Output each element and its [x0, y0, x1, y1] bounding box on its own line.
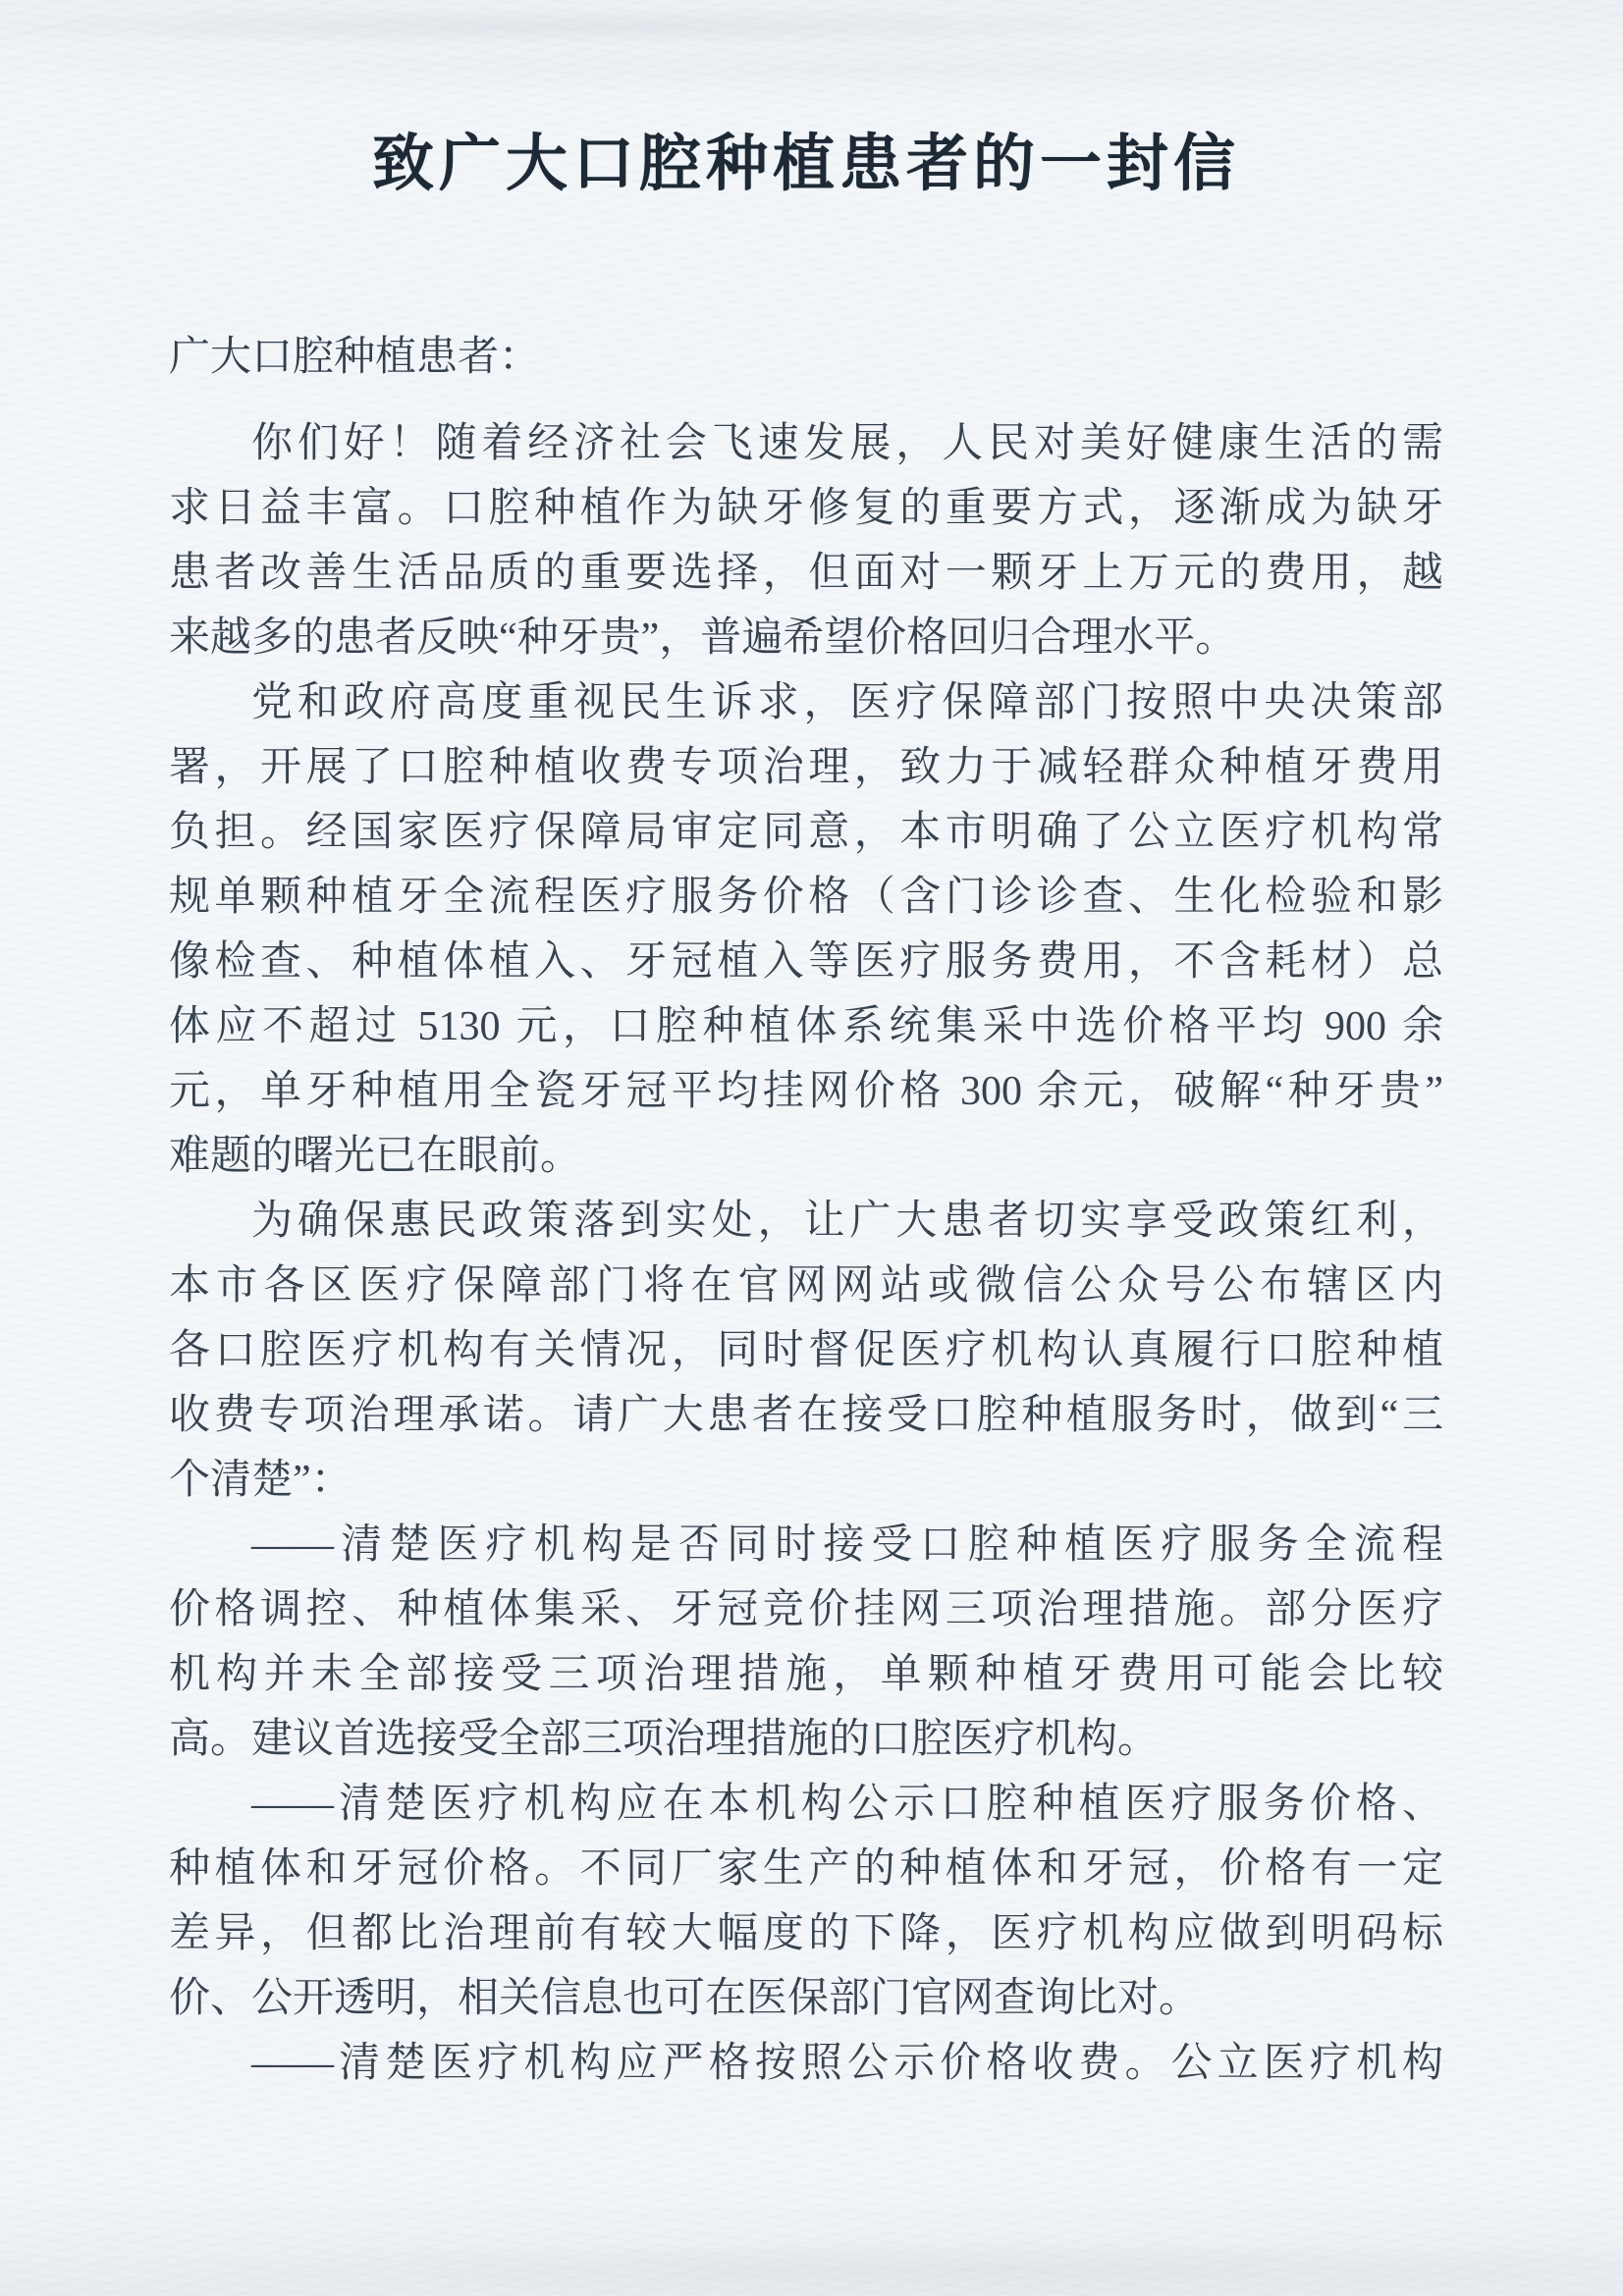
text-line: ——清楚医疗机构是否同时接受口腔种植医疗服务全流程 — [169, 1513, 1443, 1577]
text-line: 高。建议首选接受全部三项治理措施的口腔医疗机构。 — [169, 1707, 1443, 1772]
text-line: ——清楚医疗机构应严格按照公示价格收费。公立医疗机构 — [169, 2031, 1443, 2096]
text-line: 价格调控、种植体集采、牙冠竞价挂网三项治理措施。部分医疗 — [169, 1577, 1443, 1642]
text-line: 本市各区医疗保障部门将在官网网站或微信公众号公布辖区内 — [169, 1254, 1443, 1318]
letter-salutation: 广大口腔种植患者： — [169, 327, 1443, 388]
text-line: 收费专项治理承诺。请广大患者在接受口腔种植服务时，做到“三 — [169, 1383, 1443, 1448]
text-line: 来越多的患者反映“种牙贵”，普遍希望价格回归合理水平。 — [169, 606, 1443, 670]
text-line: 你们好！随着经济社会飞速发展，人民对美好健康生活的需 — [169, 411, 1443, 476]
text-line: 患者改善生活品质的重要选择，但面对一颗牙上万元的费用，越 — [169, 541, 1443, 606]
letter-content: 致广大口腔种植患者的一封信 广大口腔种植患者： 你们好！随着经济社会飞速发展，人… — [169, 0, 1443, 2096]
text-line: 个清楚”： — [169, 1448, 1443, 1513]
text-line: 署，开展了口腔种植收费专项治理，致力于减轻群众种植牙费用 — [169, 735, 1443, 800]
text-line: 像检查、种植体植入、牙冠植入等医疗服务费用，不含耗材）总 — [169, 930, 1443, 994]
text-line: ——清楚医疗机构应在本机构公示口腔种植医疗服务价格、 — [169, 1772, 1443, 1837]
text-line: 党和政府高度重视民生诉求，医疗保障部门按照中央决策部 — [169, 670, 1443, 735]
text-line: 差异，但都比治理前有较大幅度的下降，医疗机构应做到明码标 — [169, 1901, 1443, 1966]
text-line: 求日益丰富。口腔种植作为缺牙修复的重要方式，逐渐成为缺牙 — [169, 476, 1443, 541]
letter-lines: 你们好！随着经济社会飞速发展，人民对美好健康生活的需求日益丰富。口腔种植作为缺牙… — [169, 411, 1443, 2096]
text-line: 各口腔医疗机构有关情况，同时督促医疗机构认真履行口腔种植 — [169, 1318, 1443, 1383]
text-line: 价、公开透明，相关信息也可在医保部门官网查询比对。 — [169, 1966, 1443, 2031]
text-line: 种植体和牙冠价格。不同厂家生产的种植体和牙冠，价格有一定 — [169, 1837, 1443, 1901]
text-line: 难题的曙光已在眼前。 — [169, 1124, 1443, 1189]
text-line: 元，单牙种植用全瓷牙冠平均挂网价格 300 余元，破解“种牙贵” — [169, 1059, 1443, 1124]
text-line: 负担。经国家医疗保障局审定同意，本市明确了公立医疗机构常 — [169, 800, 1443, 865]
letter-title: 致广大口腔种植患者的一封信 — [169, 114, 1443, 203]
text-line: 规单颗种植牙全流程医疗服务价格（含门诊诊查、生化检验和影 — [169, 865, 1443, 930]
text-line: 为确保惠民政策落到实处，让广大患者切实享受政策红利， — [169, 1189, 1443, 1254]
text-line: 体应不超过 5130 元，口腔种植体系统集采中选价格平均 900 余 — [169, 994, 1443, 1059]
text-line: 机构并未全部接受三项治理措施，单颗种植牙费用可能会比较 — [169, 1642, 1443, 1707]
scanned-letter-page: 致广大口腔种植患者的一封信 广大口腔种植患者： 你们好！随着经济社会飞速发展，人… — [0, 0, 1623, 2296]
